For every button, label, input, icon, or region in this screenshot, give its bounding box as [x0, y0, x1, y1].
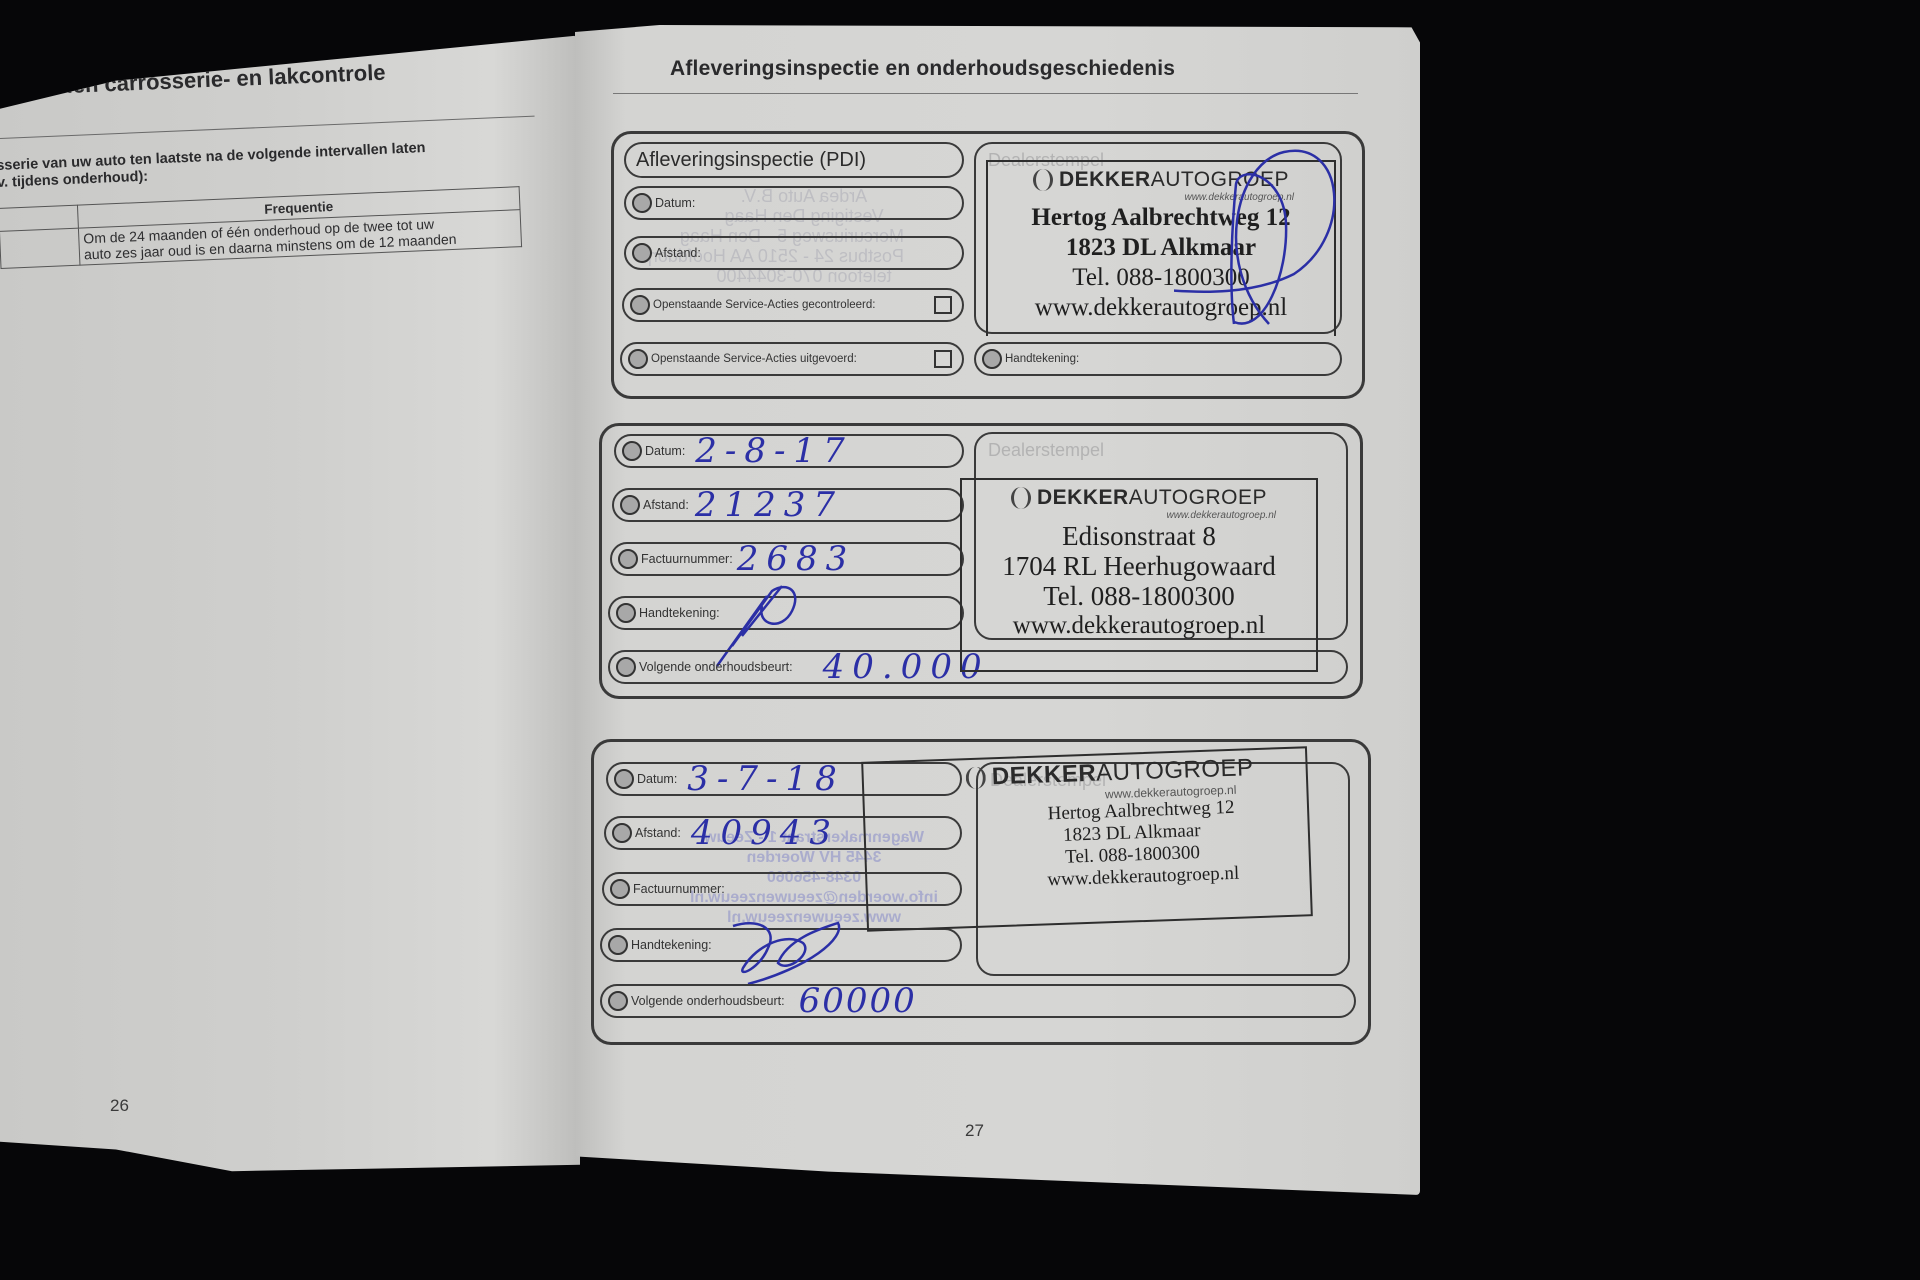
page-number: 26	[110, 1096, 129, 1116]
stamp-area-label: Dealerstempel	[988, 440, 1104, 461]
left-page-intro: sserie van uw auto ten laatste na de vol…	[0, 140, 427, 192]
field-label: Handtekening:	[1005, 353, 1079, 365]
left-page-title: ntervallen carrosserie- en lakcontrole	[0, 60, 386, 102]
circle-bullet-icon	[622, 441, 642, 461]
service-1-invoice-field[interactable]: Factuurnummer: 2683	[610, 542, 964, 576]
circle-bullet-icon	[608, 935, 628, 955]
field-label: Volgende onderhoudsbeurt:	[639, 660, 793, 674]
frequency-table: Frequentie Om de 24 maanden of één onder…	[0, 186, 522, 269]
field-label: Handtekening:	[639, 606, 720, 620]
service-entry-1: Datum: 2-8-17 Afstand: 21237 Factuurnumm…	[599, 423, 1363, 699]
service-2-signature	[728, 918, 848, 988]
dekker-logo-icon	[1011, 487, 1031, 509]
field-label: Openstaande Service-Acties gecontroleerd…	[653, 299, 875, 311]
stamp-phone: Tel. 088-1800300	[962, 581, 1316, 611]
pdi-distance-field[interactable]: Afstand:	[624, 236, 964, 270]
pdi-signature-field[interactable]: Handtekening:	[974, 342, 1342, 376]
service-actions-done-checkbox[interactable]	[934, 350, 952, 368]
circle-bullet-icon	[632, 243, 652, 263]
service-entry-2: Wagenmakerstraat 1 - Zeeuw 3445 HV Woerd…	[591, 739, 1371, 1045]
field-label: Handtekening:	[631, 938, 712, 952]
stamp-city: 1704 RL Heerhugowaard	[962, 551, 1316, 581]
photo-scene: ntervallen carrosserie- en lakcontrole s…	[0, 0, 1920, 1280]
circle-bullet-icon	[630, 295, 650, 315]
circle-bullet-icon	[616, 657, 636, 677]
field-label: Openstaande Service-Acties uitgevoerd:	[651, 353, 857, 365]
pdi-section: Afleveringsinspectie (PDI) Ardea Auto B.…	[611, 131, 1365, 399]
dealer-stamp: DEKKERAUTOGROEP www.dekkerautogroep.nl E…	[960, 478, 1318, 672]
field-label: Factuurnummer:	[633, 882, 725, 896]
right-page-title: Afleveringsinspectie en onderhoudsgeschi…	[670, 57, 1175, 81]
service-actions-checked-checkbox[interactable]	[934, 296, 952, 314]
table-header-cell	[0, 205, 78, 231]
pdi-signature	[1174, 144, 1364, 344]
field-label: Afstand:	[655, 246, 701, 260]
stamp-brand: DEKKERAUTOGROEP	[962, 486, 1316, 510]
pdi-date-field[interactable]: Datum:	[624, 186, 964, 220]
circle-bullet-icon	[612, 823, 632, 843]
table-cell	[0, 228, 80, 268]
stamp-website: www.dekkerautogroep.nl	[962, 611, 1316, 641]
field-label: Volgende onderhoudsbeurt:	[631, 994, 785, 1008]
circle-bullet-icon	[618, 549, 638, 569]
field-label: Datum:	[655, 196, 695, 210]
field-label: Afstand:	[635, 826, 681, 840]
field-label: Factuurnummer:	[641, 552, 733, 566]
circle-bullet-icon	[610, 879, 630, 899]
service-1-date-field[interactable]: Datum: 2-8-17	[614, 434, 964, 468]
handwritten-next-service: 60000	[799, 984, 917, 1018]
service-2-next-service-field[interactable]: Volgende onderhoudsbeurt: 60000	[600, 984, 1356, 1018]
handwritten-date: 2-8-17	[695, 434, 853, 468]
stamp-website-small: www.dekkerautogroep.nl	[962, 510, 1316, 521]
dekker-logo-icon	[966, 766, 987, 789]
pdi-title: Afleveringsinspectie (PDI)	[624, 142, 964, 178]
service-1-distance-field[interactable]: Afstand: 21237	[612, 488, 964, 522]
page-number: 27	[965, 1121, 984, 1141]
booklet-page-26: ntervallen carrosserie- en lakcontrole s…	[0, 0, 580, 1280]
title-divider	[0, 116, 535, 139]
handwritten-date: 3-7-18	[687, 762, 845, 796]
circle-bullet-icon	[614, 769, 634, 789]
field-label: Afstand:	[643, 498, 689, 512]
circle-bullet-icon	[982, 349, 1002, 369]
handwritten-invoice: 2683	[737, 542, 856, 576]
circle-bullet-icon	[628, 349, 648, 369]
service-actions-checked-field[interactable]: Openstaande Service-Acties gecontroleerd…	[622, 288, 964, 322]
circle-bullet-icon	[616, 603, 636, 623]
circle-bullet-icon	[620, 495, 640, 515]
title-divider	[613, 93, 1358, 94]
field-label: Datum:	[645, 444, 685, 458]
field-label: Datum:	[637, 772, 677, 786]
dekker-logo-icon	[1033, 169, 1053, 191]
dealer-stamp: DEKKERAUTOGROEP www.dekkerautogroep.nl H…	[861, 746, 1313, 931]
service-actions-done-field[interactable]: Openstaande Service-Acties uitgevoerd:	[620, 342, 964, 376]
booklet-page-27: Afleveringsinspectie en onderhoudsgeschi…	[575, 25, 1420, 1195]
handwritten-distance: 21237	[695, 488, 843, 522]
circle-bullet-icon	[632, 193, 652, 213]
handwritten-distance: 40943	[691, 816, 839, 850]
circle-bullet-icon	[608, 991, 628, 1011]
stamp-address: Edisonstraat 8	[962, 521, 1316, 551]
